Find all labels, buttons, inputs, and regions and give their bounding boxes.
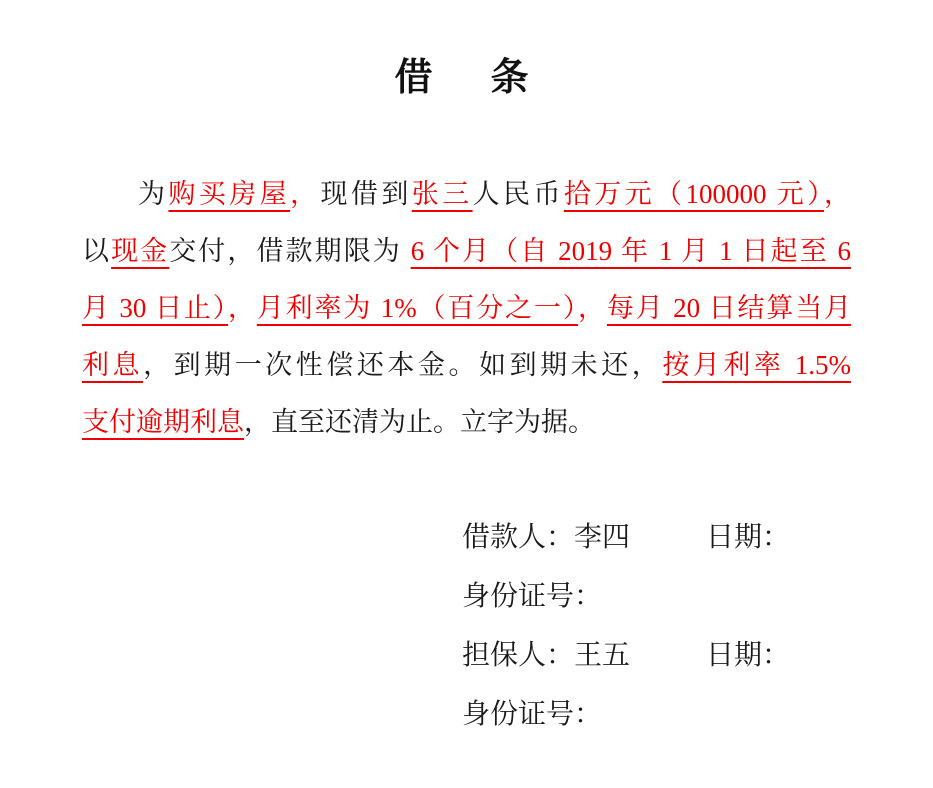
highlighted-text-segment: ， bbox=[578, 293, 607, 323]
highlighted-text-segment: 利息 bbox=[82, 350, 143, 380]
highlighted-text-segment: 现金 bbox=[111, 236, 169, 266]
highlighted-text-segment: 按月利率 1.5% bbox=[662, 350, 851, 380]
highlighted-text-segment: 支付逾期利息 bbox=[82, 407, 244, 437]
highlighted-text-segment: ， bbox=[824, 179, 851, 209]
highlighted-text-segment: 每月 20 日结算当月 bbox=[607, 293, 851, 323]
body-line: 以现金交付，借款期限为 6 个月（自 2019 年 1 月 1 日起至 6 bbox=[82, 223, 851, 280]
document-title: 借 条 bbox=[0, 0, 933, 104]
highlighted-text-segment: 6 个月（自 2019 年 1 月 1 日起至 6 bbox=[411, 236, 851, 266]
highlighted-text-segment: ， bbox=[228, 293, 257, 323]
signature-left-label: 身份证号： bbox=[462, 567, 706, 626]
highlighted-text-segment: 拾万元（100000 元） bbox=[564, 179, 824, 209]
signature-row: 借款人：李四日期： bbox=[462, 508, 790, 567]
body-text-segment: ，到期一次性偿还本金。如到期未还， bbox=[143, 350, 662, 380]
date-label: 日期： bbox=[706, 626, 790, 685]
signature-left-label: 身份证号： bbox=[462, 685, 706, 744]
highlighted-text-segment: 月利率为 1%（百分之一） bbox=[257, 293, 578, 323]
loan-note-body: 为购买房屋，现借到张三人民币拾万元（100000 元），以现金交付，借款期限为 … bbox=[82, 166, 851, 451]
body-line: 为购买房屋，现借到张三人民币拾万元（100000 元）， bbox=[82, 166, 851, 223]
body-text-segment: ，直至还清为止。立字为据。 bbox=[244, 407, 595, 437]
body-text-segment: 交付，借款期限为 bbox=[169, 236, 410, 266]
body-line: 月 30 日止），月利率为 1%（百分之一），每月 20 日结算当月 bbox=[82, 280, 851, 337]
body-line: 利息，到期一次性偿还本金。如到期未还，按月利率 1.5% bbox=[82, 337, 851, 394]
body-text-segment: 人民币 bbox=[473, 179, 564, 209]
body-text-segment: 以 bbox=[82, 236, 111, 266]
highlighted-text-segment: 月 30 日止） bbox=[82, 293, 228, 323]
signature-block: 借款人：李四日期：身份证号：担保人：王五日期：身份证号： bbox=[462, 508, 790, 744]
highlighted-text-segment: 购买房屋 bbox=[168, 179, 290, 209]
signature-left-label: 借款人：李四 bbox=[462, 508, 706, 567]
body-text-segment: 现借到 bbox=[321, 179, 412, 209]
date-label: 日期： bbox=[706, 508, 790, 567]
signature-left-label: 担保人：王五 bbox=[462, 626, 706, 685]
body-text-segment: 为 bbox=[138, 179, 168, 209]
highlighted-text-segment: ， bbox=[290, 179, 320, 209]
signature-row: 身份证号： bbox=[462, 685, 790, 744]
signature-row: 担保人：王五日期： bbox=[462, 626, 790, 685]
loan-note-page: 借 条 为购买房屋，现借到张三人民币拾万元（100000 元），以现金交付，借款… bbox=[0, 0, 933, 788]
body-line: 支付逾期利息，直至还清为止。立字为据。 bbox=[82, 394, 851, 451]
highlighted-text-segment: 张三 bbox=[412, 179, 473, 209]
signature-row: 身份证号： bbox=[462, 567, 790, 626]
